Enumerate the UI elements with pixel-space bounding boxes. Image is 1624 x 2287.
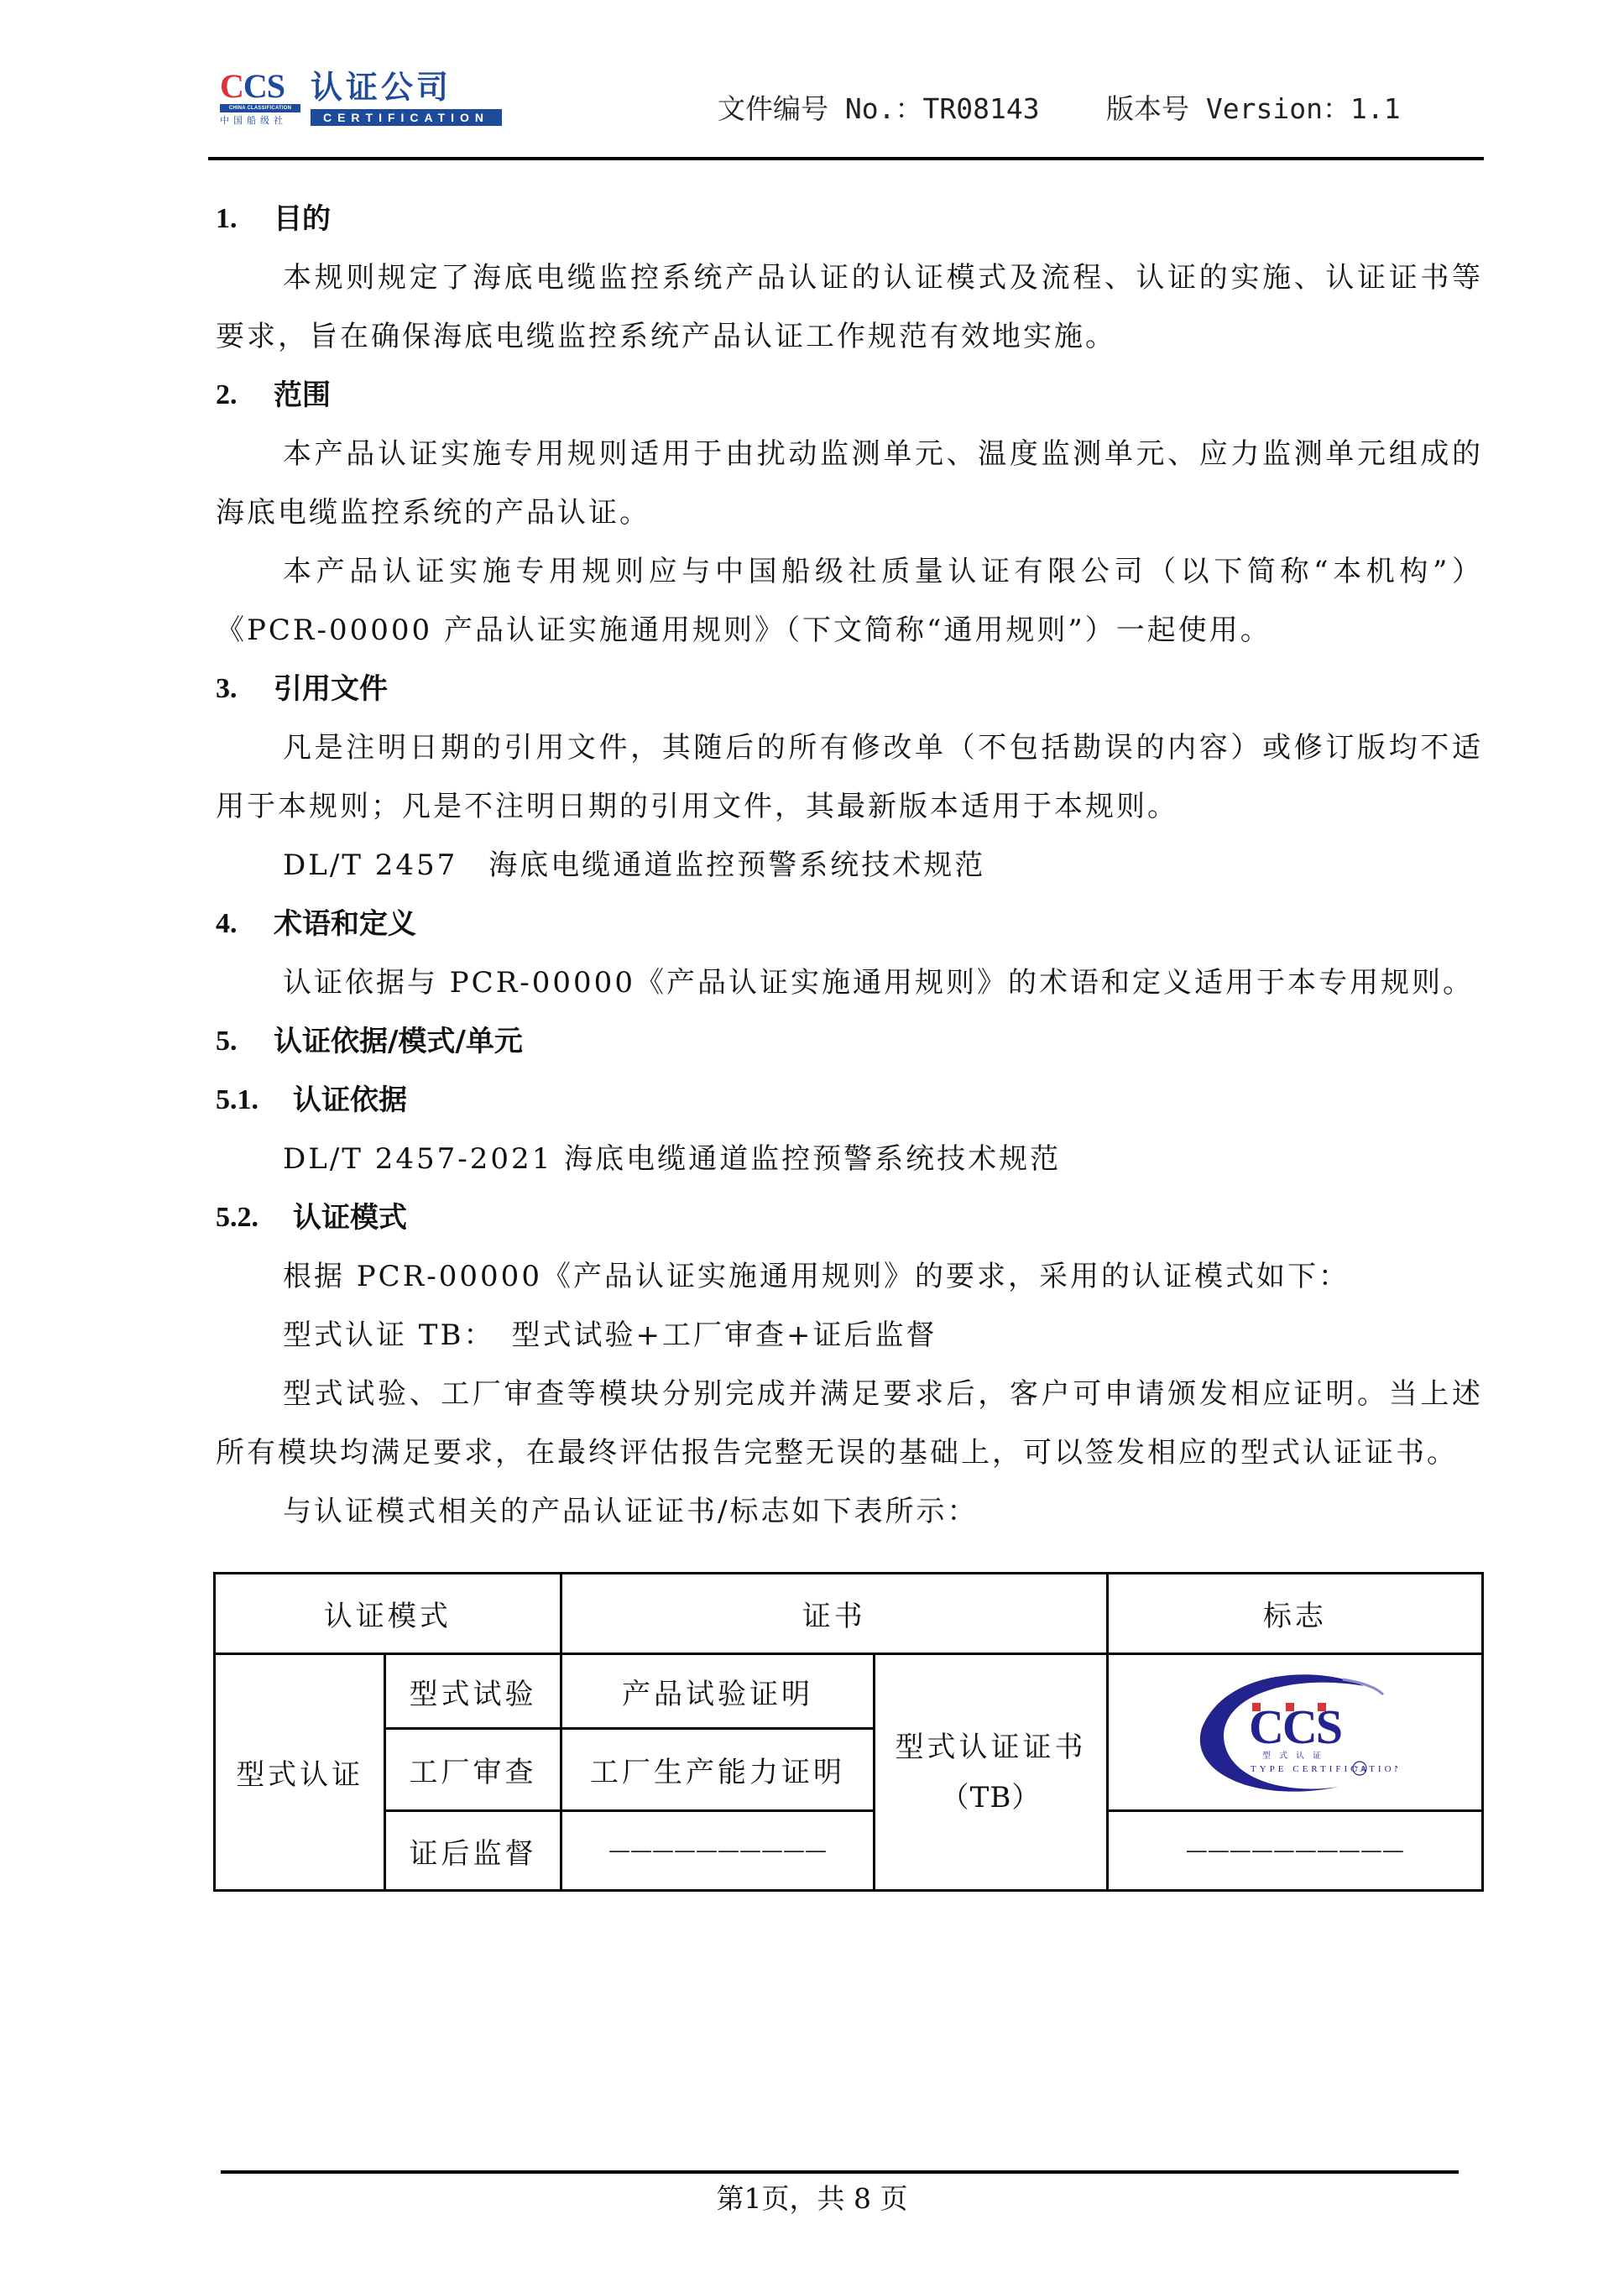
module-cell: 型式试验 <box>385 1654 561 1729</box>
certificate-cell: 产品试验证明 <box>561 1654 875 1729</box>
table-row: 型式认证 型式试验 产品试验证明 型式认证证书 （TB） CCS 型式认证 TY… <box>215 1654 1483 1729</box>
subsection-heading: 5.2. 认证模式 <box>216 1188 1483 1247</box>
document-meta: 文件编号 No.：TR08143 版本号 Version：1.1 <box>718 91 1401 128</box>
paragraph: 凡是注明日期的引用文件，其随后的所有修改单（不包括勘误的内容）或修订版均不适用于… <box>216 718 1483 836</box>
logo-society-cn: 中国船级社 <box>220 114 300 128</box>
mark-cell-empty: —————————— <box>1107 1811 1482 1891</box>
ccs-certification-logo: CCS CHINA CLASSIFICATION SOCIETY 中国船级社 认… <box>220 70 514 131</box>
module-cell: 工厂审查 <box>385 1729 561 1811</box>
paragraph: 根据 PCR-00000《产品认证实施通用规则》的要求，采用的认证模式如下： <box>216 1247 1483 1306</box>
section-heading: 3. 引用文件 <box>216 660 1483 718</box>
table-row: 证后监督 —————————— —————————— <box>215 1811 1483 1891</box>
referenced-standard: DL/T 2457 海底电缆通道监控预警系统技术规范 <box>216 836 1483 895</box>
certification-basis: DL/T 2457-2021 海底电缆通道监控预警系统技术规范 <box>216 1130 1483 1188</box>
paragraph: 本产品认证实施专用规则应与中国船级社质量认证有限公司（以下简称“本机构”）《PC… <box>216 542 1483 660</box>
certificate-mark-table: 认证模式 证书 标志 型式认证 型式试验 产品试验证明 型式认证证书 （TB） … <box>213 1572 1484 1892</box>
svg-text:型式认证: 型式认证 <box>1262 1750 1329 1761</box>
certificate-cell-empty: —————————— <box>561 1811 875 1891</box>
paragraph: 型式试验、工厂审查等模块分别完成并满足要求后，客户可申请颁发相应证明。当上述所有… <box>216 1365 1483 1482</box>
paragraph: 本规则规定了海底电缆监控系统产品认证的认证模式及流程、认证的实施、认证证书等要求… <box>216 248 1483 366</box>
table-intro: 与认证模式相关的产品认证证书/标志如下表所示： <box>216 1482 1483 1541</box>
header-divider <box>208 157 1484 160</box>
paragraph: 本产品认证实施专用规则适用于由扰动监测单元、温度监测单元、应力监测单元组成的海底… <box>216 425 1483 542</box>
page-number: 第1页，共 8 页 <box>0 2182 1624 2216</box>
footer-divider <box>221 2170 1459 2174</box>
main-certificate-cell: 型式认证证书 （TB） <box>875 1654 1107 1891</box>
version: 1.1 <box>1350 92 1401 125</box>
certification-mode-line: 型式认证 TB： 型式试验+工厂审查+证后监督 <box>216 1306 1483 1365</box>
section-heading: 5. 认证依据/模式/单元 <box>216 1012 1483 1071</box>
logo-company-en: CERTIFICATION <box>311 109 502 126</box>
header-cert-mode: 认证模式 <box>215 1574 561 1654</box>
logo-ccs-letters: CCS <box>220 70 300 102</box>
header-mark: 标志 <box>1107 1574 1482 1654</box>
module-cell: 证后监督 <box>385 1811 561 1891</box>
subsection-heading: 5.1. 认证依据 <box>216 1071 1483 1130</box>
doc-no-label: 文件编号 No.： <box>718 92 922 125</box>
logo-company-cn: 认证公司 <box>311 70 505 104</box>
logo-society-en: CHINA CLASSIFICATION SOCIETY <box>220 104 300 112</box>
section-heading: 2. 范围 <box>216 366 1483 425</box>
section-heading: 1. 目的 <box>216 190 1483 248</box>
cert-mode-cell: 型式认证 <box>215 1654 385 1891</box>
svg-text:TYPE CERTIFICATION: TYPE CERTIFICATION <box>1251 1764 1397 1774</box>
type-certification-mark-cell: CCS 型式认证 TYPE CERTIFICATION TB <box>1107 1654 1482 1811</box>
paragraph: 认证依据与 PCR-00000《产品认证实施通用规则》的术语和定义适用于本专用规… <box>216 953 1483 1012</box>
doc-no: TR08143 <box>922 92 1039 125</box>
section-heading: 4. 术语和定义 <box>216 895 1483 953</box>
table-header-row: 认证模式 证书 标志 <box>215 1574 1483 1654</box>
ccs-logo-icon: CCS 型式认证 TYPE CERTIFICATION TB <box>1192 1669 1397 1795</box>
svg-text:TB: TB <box>1355 1767 1369 1773</box>
header-certificate: 证书 <box>561 1574 1107 1654</box>
version-label: 版本号 Version： <box>1106 92 1350 125</box>
ccs-type-certification-logo: CCS 型式认证 TYPE CERTIFICATION TB <box>1192 1669 1397 1795</box>
certificate-cell: 工厂生产能力证明 <box>561 1729 875 1811</box>
document-body: 1. 目的 本规则规定了海底电缆监控系统产品认证的认证模式及流程、认证的实施、认… <box>216 190 1483 1541</box>
svg-text:CCS: CCS <box>1249 1700 1341 1754</box>
